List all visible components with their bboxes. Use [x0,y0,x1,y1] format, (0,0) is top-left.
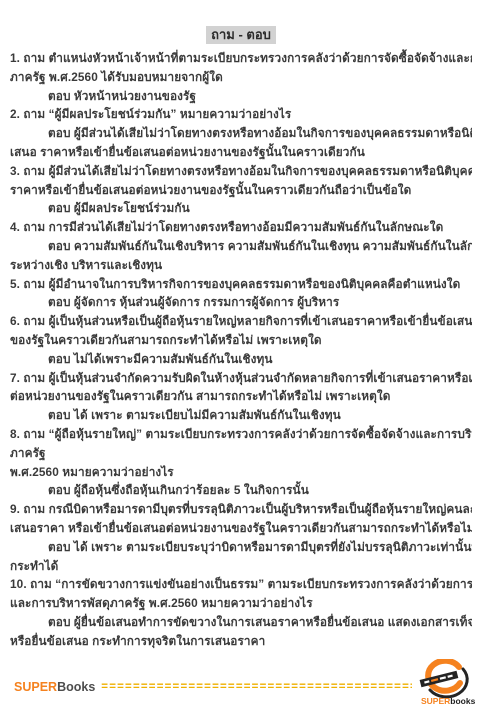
question-6-line-2: ของรัฐในคราวเดียวกันสามารถกระทำได้หรือไม… [10,331,472,350]
answer-4-line-1: ตอบ ความสัมพันธ์กันในเชิงบริหาร ความสัมพ… [10,237,472,256]
question-7-line-1: 7. ถาม ผู้เป็นหุ้นส่วนจำกัดความรับผิดในห… [10,369,472,388]
footer-brand: SUPERBooks [14,680,95,706]
answer-3-line-1: ตอบ ผู้มีผลประโยชน์ร่วมกัน [10,199,472,218]
footer-brand-super: SUPER [14,680,57,694]
answer-4-line-2: ระหว่างเชิง บริหารและเชิงทุน [10,256,472,275]
question-7-line-2: ต่อหน่วยงานของรัฐในคราวเดียวกัน สามารถกร… [10,387,472,406]
footer-brand-books: Books [57,680,95,694]
superbooks-logo: SUPERbooks [416,659,476,707]
answer-9-line-2: กระทำได้ [10,557,472,576]
qa-content: 1. ถาม ตำแหน่งหัวหน้าเจ้าหน้าที่ตามระเบี… [0,49,482,651]
question-3-line-1: 3. ถาม ผู้มีส่วนได้เสียไม่ว่าโดยทางตรงหร… [10,162,472,181]
answer-2-line-2: เสนอ ราคาหรือเข้ายื่นข้อเสนอต่อหน่วยงานข… [10,143,472,162]
question-8-line-2: ภาครัฐ [10,444,472,463]
title-row: ถาม - ตอบ [0,0,482,46]
answer-6-line-1: ตอบ ไม่ได้เพราะมีความสัมพันธ์กันในเชิงทุ… [10,350,472,369]
document-page: ถาม - ตอบ 1. ถาม ตำแหน่งหัวหน้าเจ้าหน้าท… [0,0,482,707]
question-8-line-1: 8. ถาม “ผู้ถือหุ้นรายใหญ่” ตามระเบียบกระ… [10,425,472,444]
page-footer: SUPERBooks =============================… [14,660,476,706]
logo-text-books: books [450,696,475,706]
question-9-line-1: 9. ถาม กรณีบิดาหรือมารดามีบุตรที่บรรลุนิ… [10,500,472,519]
question-1-line-2: ภาครัฐ พ.ศ.2560 ได้รับมอบหมายจากผู้ใด [10,68,472,87]
answer-10-line-2: หรือยื่นข้อเสนอ กระทำการทุจริตในการเสนอร… [10,632,472,651]
answer-2-line-1: ตอบ ผู้มีส่วนได้เสียไม่ว่าโดยทางตรงหรือท… [10,124,472,143]
question-3-line-2: ราคาหรือเข้ายื่นข้อเสนอต่อหน่วยงานของรัฐ… [10,181,472,200]
answer-7-line-1: ตอบ ได้ เพราะ ตามระเบียบไม่มีความสัมพันธ… [10,406,472,425]
answer-8-line-1: ตอบ ผู้ถือหุ้นซึ่งถือหุ้นเกินกว่าร้อยละ … [10,481,472,500]
answer-5-line-1: ตอบ ผู้จัดการ หุ้นส่วนผู้จัดการ กรรมการผ… [10,293,472,312]
question-10-line-1: 10. ถาม “การขัดขวางการแข่งขันอย่างเป็นธร… [10,575,472,594]
answer-9-line-1: ตอบ ได้ เพราะ ตามระเบียบระบุว่าบิดาหรือม… [10,538,472,557]
question-6-line-1: 6. ถาม ผู้เป็นหุ้นส่วนหรือเป็นผู้ถือหุ้น… [10,312,472,331]
question-2-line-1: 2. ถาม “ผู้มีผลประโยชน์ร่วมกัน” หมายความ… [10,105,472,124]
question-8-line-3: พ.ศ.2560 หมายความว่าอย่างไร [10,463,472,482]
question-9-line-2: เสนอราคา หรือเข้ายื่นข้อเสนอต่อหน่วยงานข… [10,519,472,538]
question-4-line-1: 4. ถาม การมีส่วนได้เสียไม่ว่าโดยทางตรงหร… [10,218,472,237]
page-title: ถาม - ตอบ [206,26,276,44]
svg-text:SUPERbooks: SUPERbooks [421,696,476,706]
answer-10-line-1: ตอบ ผู้ยื่นข้อเสนอทำการขัดขวางในการเสนอร… [10,613,472,632]
question-1-line-1: 1. ถาม ตำแหน่งหัวหน้าเจ้าหน้าที่ตามระเบี… [10,49,472,68]
answer-1-line-1: ตอบ หัวหน้าหน่วยงานของรัฐ [10,87,472,106]
footer-separator-line: ========================================… [101,681,412,706]
question-10-line-2: และการบริหารพัสดุภาครัฐ พ.ศ.2560 หมายควา… [10,594,472,613]
logo-text-super: SUPER [421,696,450,706]
question-5-line-1: 5. ถาม ผู้มีอำนาจในการบริหารกิจการของบุค… [10,275,472,294]
